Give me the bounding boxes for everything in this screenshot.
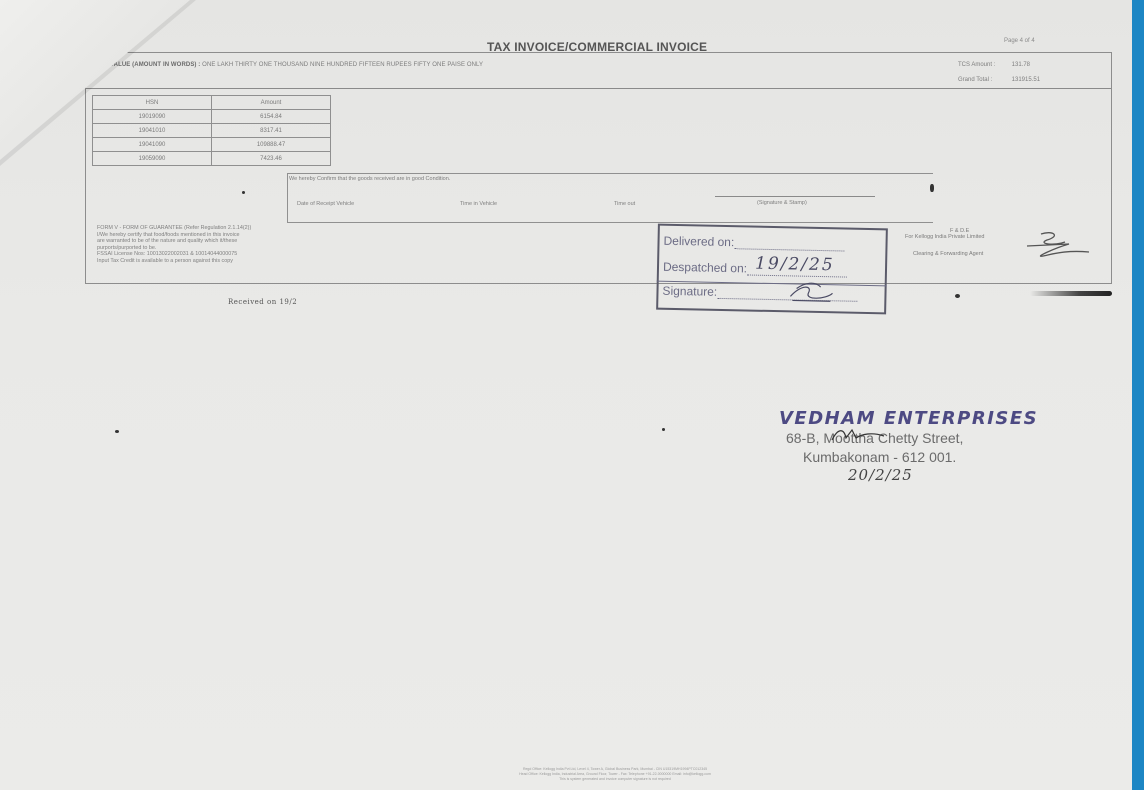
column-header-amount: Amount	[212, 96, 331, 110]
receiver-address-line2: Kumbakonam - 612 001.	[803, 449, 956, 465]
background-surface-right	[1132, 0, 1144, 790]
date-of-receipt-label: Date of Receipt Vehicle	[297, 201, 354, 207]
amount-in-words-value: ONE LAKH THIRTY ONE THOUSAND NINE HUNDRE…	[202, 62, 483, 68]
hsn-code: 19041090	[93, 138, 212, 152]
table-row: 19041010 8317.41	[93, 124, 331, 138]
receipt-confirmation-text: We hereby Confirm that the goods receive…	[289, 176, 450, 182]
column-header-hsn: HSN	[93, 96, 212, 110]
hsn-code: 19019090	[93, 110, 212, 124]
grand-total: Grand Total : 131915.51	[958, 77, 1040, 83]
hsn-code: 19059090	[93, 152, 212, 166]
ink-speck	[115, 430, 119, 433]
hsn-amount: 8317.41	[212, 124, 331, 138]
signature-line	[715, 196, 875, 197]
form-v-guarantee: FORM V - FORM OF GUARANTEE (Refer Regula…	[97, 225, 347, 264]
divider-line	[85, 88, 1111, 89]
ink-speck	[662, 428, 665, 431]
hsn-code: 19041010	[93, 124, 212, 138]
amount-in-words-label: VALUE (AMOUNT IN WORDS) :	[110, 62, 200, 68]
for-company-label: For Kellogg India Private Limited	[905, 234, 984, 240]
hsn-amount: 7423.46	[212, 152, 331, 166]
grand-total-value: 131915.51	[1012, 77, 1040, 83]
despatched-on-value: 19/2/25	[755, 254, 835, 276]
signature-scribble-icon	[786, 278, 837, 305]
ink-speck	[930, 184, 934, 192]
grand-total-label: Grand Total :	[958, 77, 1010, 83]
table-row: 19059090 7423.46	[93, 152, 331, 166]
ink-speck	[955, 294, 960, 298]
receiver-handwritten-date: 20/2/25	[848, 466, 913, 484]
signature-stamp-label: (Signature & Stamp)	[757, 200, 807, 206]
hsn-summary-table: HSN Amount 19019090 6154.84 19041010 831…	[92, 95, 331, 166]
tcs-amount-label: TCS Amount :	[958, 62, 1010, 68]
ink-speck	[242, 191, 245, 194]
time-in-label: Time in Vehicle	[460, 201, 497, 207]
hsn-amount: 109888.47	[212, 138, 331, 152]
table-row: 19019090 6154.84	[93, 110, 331, 124]
tcs-amount: TCS Amount : 131.78	[958, 62, 1030, 68]
form-v-line: Input Tax Credit is available to a perso…	[97, 258, 347, 265]
delivered-on-row: Delivered on:	[663, 234, 844, 252]
footer-company-info: Regd Office: Kellogg India Pvt Ltd, Leve…	[390, 767, 840, 782]
agent-signature-icon	[1025, 228, 1093, 262]
receiver-company-name: VEDHAM ENTERPRISES	[779, 408, 1038, 429]
agent-role-label: Clearing & Forwarding Agent	[913, 251, 983, 257]
footer-line: This is system generated and invoice com…	[390, 777, 840, 782]
ink-smudge	[1030, 291, 1112, 296]
handwritten-note: Received on 19/2	[228, 298, 297, 306]
despatched-on-label: Despatched on:	[663, 260, 747, 276]
signature-label: Signature:	[662, 284, 717, 299]
tcs-amount-value: 131.78	[1012, 62, 1030, 68]
amount-in-words: VALUE (AMOUNT IN WORDS) : ONE LAKH THIRT…	[110, 62, 483, 68]
delivered-on-value	[734, 238, 844, 251]
receiver-initials-icon	[828, 424, 888, 446]
page-indicator: Page 4 of 4	[1004, 38, 1035, 44]
table-row: 19041090 109888.47	[93, 138, 331, 152]
delivery-stamp: Delivered on: Despatched on: 19/2/25 Sig…	[656, 224, 888, 315]
time-out-label: Time out	[614, 201, 635, 207]
hsn-amount: 6154.84	[212, 110, 331, 124]
delivered-on-label: Delivered on:	[663, 234, 734, 249]
